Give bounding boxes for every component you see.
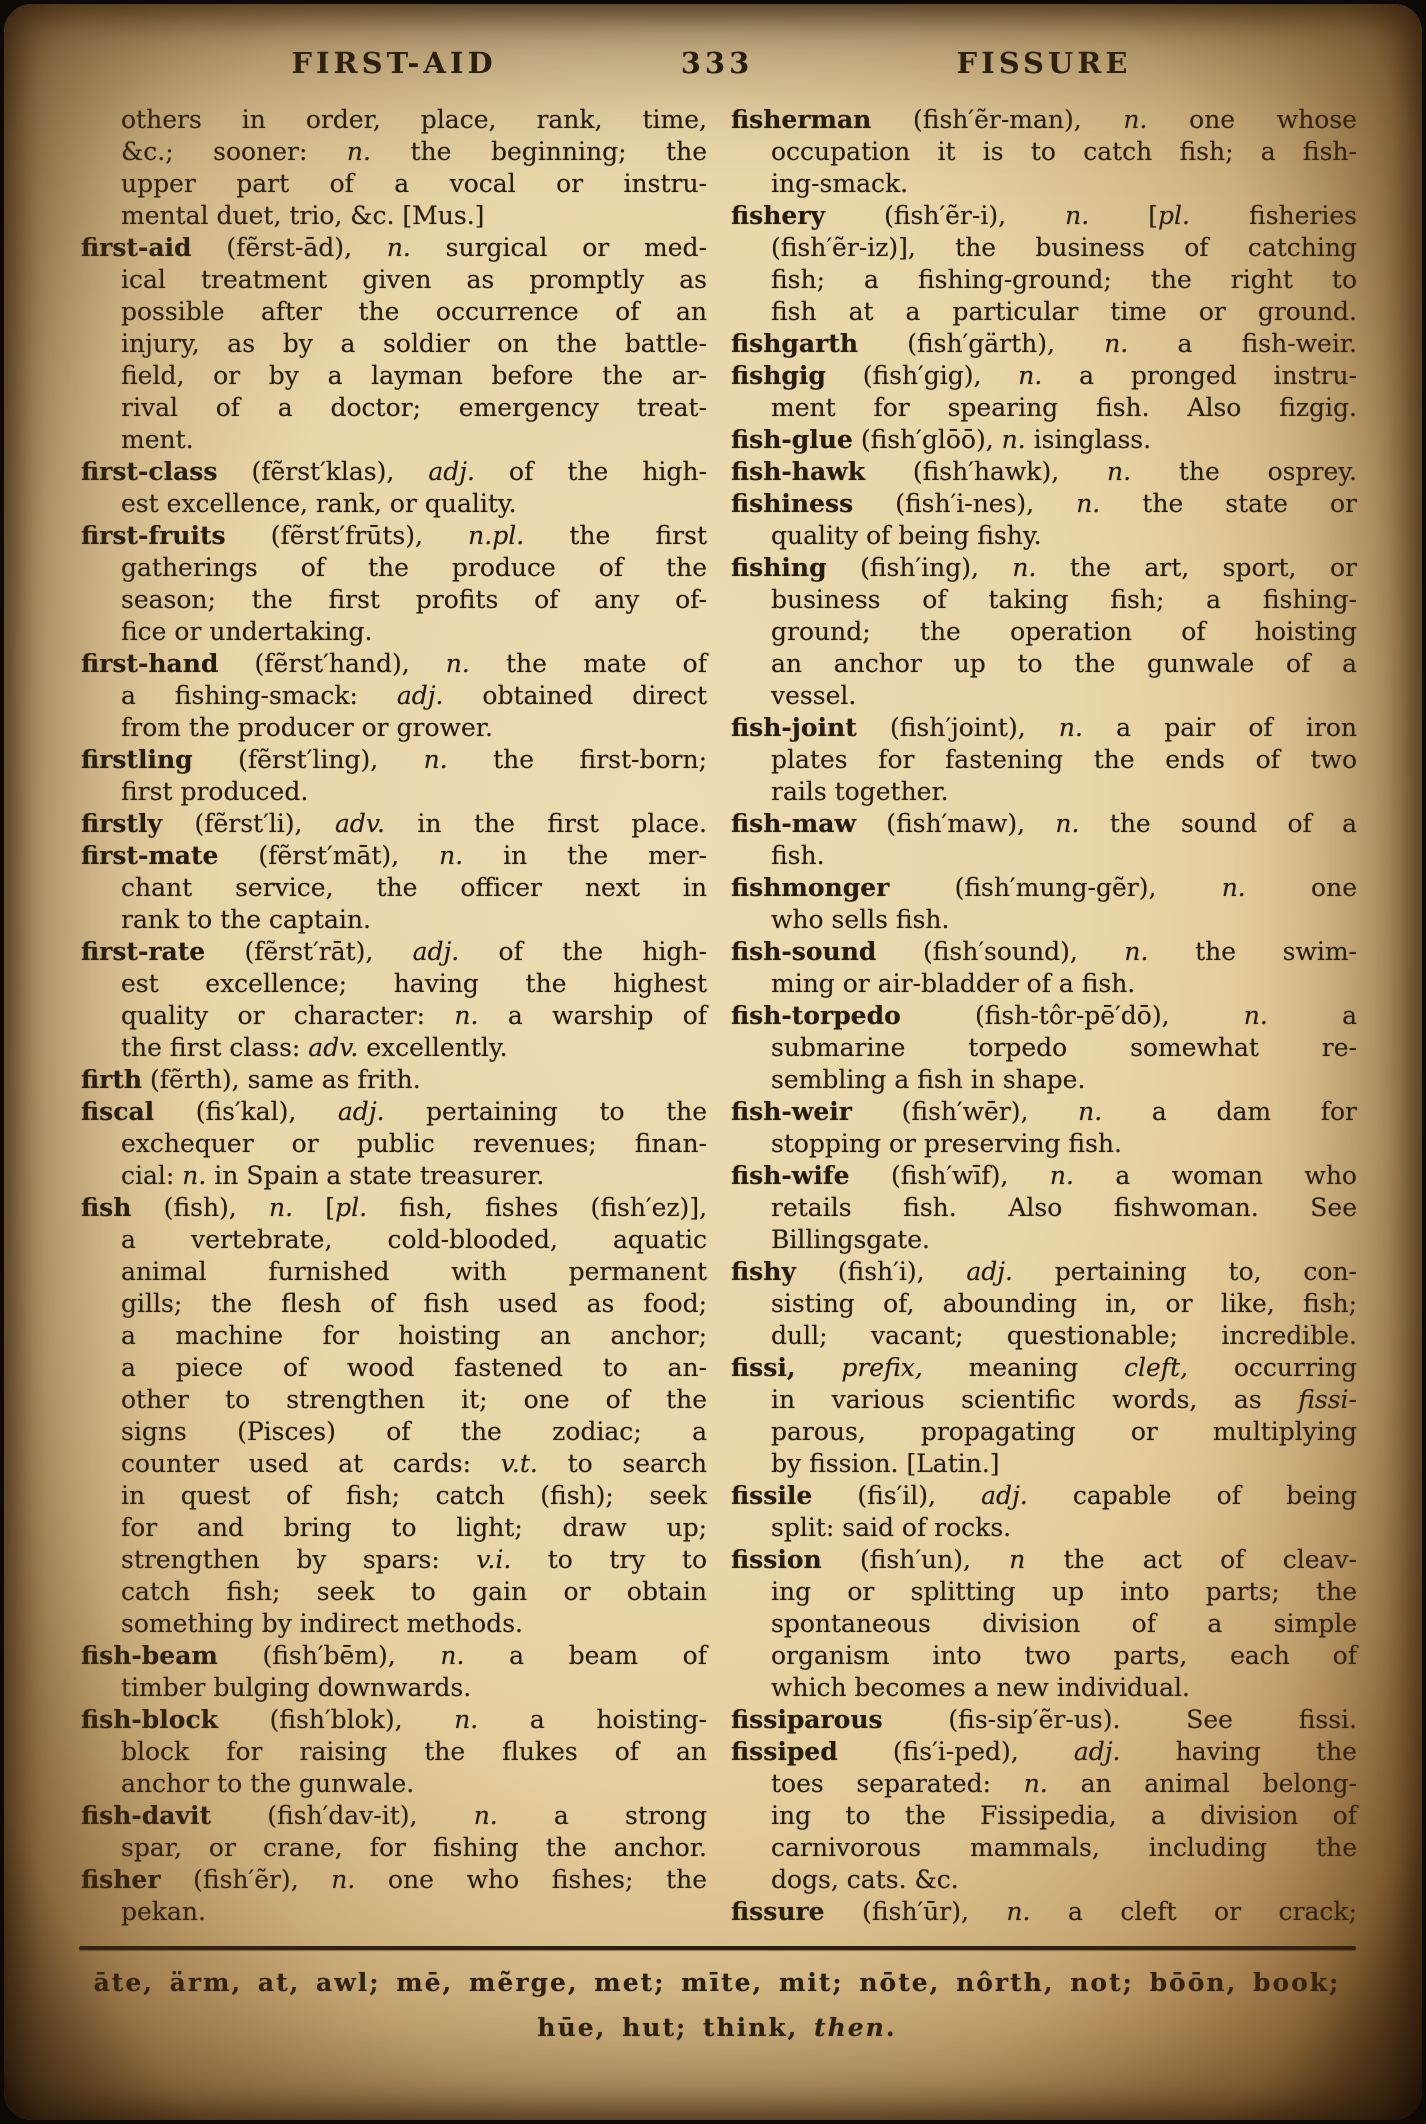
- headword: fishy: [731, 1257, 796, 1286]
- entry-line: quality or character: n. a warship of: [81, 1000, 707, 1032]
- running-head-right-guide-word: FISSURE: [731, 46, 1357, 80]
- text-run: fish; a fishing-ground; the right to: [771, 265, 1357, 294]
- entry-line: fish.: [731, 840, 1357, 872]
- dictionary-entry: firth (fẽrth), same as frith.: [81, 1064, 707, 1096]
- headword: first-class: [81, 457, 217, 486]
- headword: first-fruits: [81, 521, 226, 550]
- text-run: excellently.: [358, 1033, 507, 1062]
- text-run: n.: [1222, 873, 1246, 902]
- dictionary-entry: fishy (fish′i), adj. pertaining to, con-…: [731, 1256, 1357, 1352]
- text-run: injury, as by a soldier on the battle-: [121, 329, 707, 358]
- entry-line: split: said of rocks.: [731, 1512, 1357, 1544]
- text-run: signs (Pisces) of the zodiac; a: [121, 1417, 707, 1446]
- text-run: the sound of a: [1079, 809, 1357, 838]
- text-run: adv.: [335, 809, 385, 838]
- entry-line: stopping or preserving fish.: [731, 1128, 1357, 1160]
- text-run: ming or air-bladder of a fish.: [771, 969, 1135, 998]
- entry-line: spar, or crane, for fishing the anchor.: [81, 1832, 707, 1864]
- text-run: toes separated:: [771, 1769, 1024, 1798]
- entry-line: firstling (fẽrst′ling), n. the first-bor…: [81, 744, 707, 776]
- entry-line: first-class (fẽrst′klas), adj. of the hi…: [81, 456, 707, 488]
- text-run: (fẽrst′klas),: [217, 457, 428, 486]
- text-run: vessel.: [771, 681, 856, 710]
- entry-line: fishery (fish′ẽr-i), n. [pl. fisheries: [731, 200, 1357, 232]
- headword: fish-block: [81, 1705, 218, 1734]
- entry-line: possible after the occurrence of an: [81, 296, 707, 328]
- dictionary-entry: fissi, prefix, meaning cleft, occurringi…: [731, 1352, 1357, 1480]
- text-run: (fish′ūr),: [825, 1897, 1007, 1926]
- text-run: anchor to the gunwale.: [121, 1769, 414, 1798]
- text-run: (fish′hawk),: [865, 457, 1107, 486]
- entry-line: rails together.: [731, 776, 1357, 808]
- text-run: then: [814, 2013, 886, 2042]
- headword: fishgig: [731, 361, 826, 390]
- text-run: a fish-weir.: [1128, 329, 1357, 358]
- entry-line: first-hand (fẽrst′hand), n. the mate of: [81, 648, 707, 680]
- entry-line: fishmonger (fish′mung-gẽr), n. one: [731, 872, 1357, 904]
- entry-line: business of taking fish; a fishing-: [731, 584, 1357, 616]
- entry-line: fish-beam (fish′bēm), n. a beam of: [81, 1640, 707, 1672]
- entry-line: ground; the operation of hoisting: [731, 616, 1357, 648]
- headword: fish-sound: [731, 937, 876, 966]
- entry-line: &c.; sooner: n. the beginning; the: [81, 136, 707, 168]
- text-run: n.pl.: [468, 521, 524, 550]
- entry-line: sembling a fish in shape.: [731, 1064, 1357, 1096]
- headword: fishery: [731, 201, 825, 230]
- entry-line: ing to the Fissipedia, a division of: [731, 1800, 1357, 1832]
- entry-line: firstly (fẽrst′li), adv. in the first pl…: [81, 808, 707, 840]
- text-run: dogs, cats. &c.: [771, 1865, 959, 1894]
- text-run: rival of a doctor; emergency treat-: [121, 393, 707, 422]
- headword: fishmonger: [731, 873, 889, 902]
- entry-line: other to strengthen it; one of the: [81, 1384, 707, 1416]
- entry-line: Billingsgate.: [731, 1224, 1357, 1256]
- entry-line: first-rate (fẽrst′rāt), adj. of the high…: [81, 936, 707, 968]
- dictionary-page: FIRST-AID 333 FISSURE others in order, p…: [4, 4, 1422, 2120]
- text-run: surgical or med-: [411, 233, 707, 262]
- dictionary-entry: fish-maw (fish′maw), n. the sound of afi…: [731, 808, 1357, 872]
- entry-line: fish; a fishing-ground; the right to: [731, 264, 1357, 296]
- entry-line: fishgarth (fish′gärth), n. a fish-weir.: [731, 328, 1357, 360]
- text-run: occupation it is to catch fish; a fish-: [771, 137, 1357, 166]
- entry-line: season; the first profits of any of-: [81, 584, 707, 616]
- text-run: (fẽrst′hand),: [218, 649, 445, 678]
- headword: fish-maw: [731, 809, 856, 838]
- text-run: ground; the operation of hoisting: [771, 617, 1357, 646]
- entry-line: fissile (fis′il), adj. capable of being: [731, 1480, 1357, 1512]
- entry-line: fissiped (fis′i-ped), adj. having the: [731, 1736, 1357, 1768]
- entry-line: a vertebrate, cold-blooded, aquatic: [81, 1224, 707, 1256]
- entry-line: which becomes a new individual.: [731, 1672, 1357, 1704]
- text-run: (fish′ẽr),: [161, 1865, 332, 1894]
- dictionary-entry: fish-block (fish′blok), n. a hoisting-bl…: [81, 1704, 707, 1800]
- entry-line: first produced.: [81, 776, 707, 808]
- text-run: adj.: [981, 1481, 1028, 1510]
- dictionary-entry: first-aid (fẽrst-ād), n. surgical or med…: [81, 232, 707, 456]
- dictionary-entry: fissile (fis′il), adj. capable of beings…: [731, 1480, 1357, 1544]
- text-run: business of taking fish; a fishing-: [771, 585, 1357, 614]
- text-run: (fish-tôr-pē′dō),: [901, 1001, 1244, 1030]
- text-run: season; the first profits of any of-: [121, 585, 707, 614]
- entry-line: spontaneous division of a simple: [731, 1608, 1357, 1640]
- headword: first-mate: [81, 841, 218, 870]
- entry-line: submarine torpedo somewhat re-: [731, 1032, 1357, 1064]
- entry-line: in various scientific words, as fissi-: [731, 1384, 1357, 1416]
- text-run: occurring: [1188, 1353, 1357, 1382]
- text-run: cleft,: [1124, 1353, 1188, 1382]
- text-run: &c.; sooner:: [121, 137, 347, 166]
- headword: firth: [81, 1065, 142, 1094]
- headword: fish-davit: [81, 1801, 211, 1830]
- text-run: (fish′wēr),: [852, 1097, 1078, 1126]
- text-run: a pronged instru-: [1042, 361, 1357, 390]
- headword: fissi,: [731, 1353, 796, 1382]
- text-run: n.: [269, 1193, 293, 1222]
- text-run: chant service, the officer next in: [121, 873, 707, 902]
- dictionary-entry: others in order, place, rank, time,&c.; …: [81, 104, 707, 232]
- entry-line: others in order, place, rank, time,: [81, 104, 707, 136]
- entry-line: upper part of a vocal or instru-: [81, 168, 707, 200]
- text-run: the beginning; the: [371, 137, 707, 166]
- text-run: (fish′bēm),: [218, 1641, 441, 1670]
- text-run: (fis′i-ped),: [838, 1737, 1074, 1766]
- entry-line: fiscal (fis′kal), adj. pertaining to the: [81, 1096, 707, 1128]
- dictionary-entry: fission (fish′un), n the act of cleav-in…: [731, 1544, 1357, 1704]
- text-run: the osprey.: [1131, 457, 1357, 486]
- entry-line: ment for spearing fish. Also fizgig.: [731, 392, 1357, 424]
- headword: firstling: [81, 745, 193, 774]
- text-run: (fis′kal),: [154, 1097, 338, 1126]
- text-run: the first-born;: [448, 745, 707, 774]
- text-run: (fẽrst′li),: [162, 809, 335, 838]
- text-run: capable of being: [1028, 1481, 1357, 1510]
- text-run: a strong: [498, 1801, 707, 1830]
- entry-line: a piece of wood fastened to an-: [81, 1352, 707, 1384]
- entry-line: fish-hawk (fish′hawk), n. the osprey.: [731, 456, 1357, 488]
- entry-line: firth (fẽrth), same as frith.: [81, 1064, 707, 1096]
- text-run: ing-smack.: [771, 169, 908, 198]
- headword: fish: [81, 1193, 131, 1222]
- text-run: of the high-: [475, 457, 707, 486]
- text-run: fice or undertaking.: [121, 617, 372, 646]
- text-run: obtained direct: [444, 681, 708, 710]
- entry-line: first-mate (fẽrst′māt), n. in the mer-: [81, 840, 707, 872]
- text-run: n.: [439, 841, 463, 870]
- text-run: of the high-: [459, 937, 707, 966]
- text-run: in various scientific words, as: [771, 1385, 1298, 1414]
- entry-line: injury, as by a soldier on the battle-: [81, 328, 707, 360]
- entry-line: something by indirect methods.: [81, 1608, 707, 1640]
- text-run: to search: [538, 1449, 707, 1478]
- entry-line: chant service, the officer next in: [81, 872, 707, 904]
- dictionary-entry: fish-sound (fish′sound), n. the swim-min…: [731, 936, 1357, 1000]
- text-run: plates for fastening the ends of two: [771, 745, 1357, 774]
- text-run: pl.: [1158, 201, 1190, 230]
- entry-line: timber bulging downwards.: [81, 1672, 707, 1704]
- dictionary-entry: fisher (fish′ẽr), n. one who fishes; the…: [81, 1864, 707, 1928]
- entry-line: fish-block (fish′blok), n. a hoisting-: [81, 1704, 707, 1736]
- headword: fissiparous: [731, 1705, 883, 1734]
- text-run: (fẽrst-ād),: [192, 233, 387, 262]
- headword: fish-weir: [731, 1097, 852, 1126]
- headword: fishing: [731, 553, 827, 582]
- pronunciation-key-line-2: hūe, hut; think, then.: [4, 2005, 1422, 2050]
- text-run: n: [1009, 1545, 1025, 1574]
- text-run: (fish′gig),: [826, 361, 1018, 390]
- text-run: catch fish; seek to gain or obtain: [121, 1577, 707, 1606]
- entry-line: the first class: adv. excellently.: [81, 1032, 707, 1064]
- text-run: ing or splitting up into parts; the: [771, 1577, 1357, 1606]
- text-run: a beam of: [464, 1641, 707, 1670]
- entry-line: catch fish; seek to gain or obtain: [81, 1576, 707, 1608]
- text-run: n.: [331, 1865, 355, 1894]
- entry-line: fishgig (fish′gig), n. a pronged instru-: [731, 360, 1357, 392]
- dictionary-entry: first-mate (fẽrst′māt), n. in the mer-ch…: [81, 840, 707, 936]
- entry-line: fisherman (fish′ẽr-man), n. one whose: [731, 104, 1357, 136]
- text-run: a vertebrate, cold-blooded, aquatic: [121, 1225, 707, 1254]
- text-run: fish, fishes (fish′ez)],: [367, 1193, 707, 1222]
- text-run: (fish′i-nes),: [853, 489, 1076, 518]
- text-run: (fẽrst′frūts),: [226, 521, 469, 550]
- text-run: the act of cleav-: [1025, 1545, 1357, 1574]
- entry-line: fission (fish′un), n the act of cleav-: [731, 1544, 1357, 1576]
- entry-line: quality of being fishy.: [731, 520, 1357, 552]
- text-run: quality or character:: [121, 1001, 454, 1030]
- entry-line: rival of a doctor; emergency treat-: [81, 392, 707, 424]
- headword: fish-glue: [731, 425, 853, 454]
- text-run: n.: [1078, 1097, 1102, 1126]
- text-run: who sells fish.: [771, 905, 949, 934]
- dictionary-entry: fishery (fish′ẽr-i), n. [pl. fisheries(f…: [731, 200, 1357, 328]
- text-run: fish at a particular time or ground.: [771, 297, 1357, 326]
- dictionary-entry: first-class (fẽrst′klas), adj. of the hi…: [81, 456, 707, 520]
- text-run: spontaneous division of a simple: [771, 1609, 1357, 1638]
- text-run: spar, or crane, for fishing the anchor.: [121, 1833, 707, 1862]
- dictionary-entry: fishgarth (fish′gärth), n. a fish-weir.: [731, 328, 1357, 360]
- text-run: in Spain a state treasurer.: [206, 1161, 544, 1190]
- text-run: (fish′gärth),: [858, 329, 1104, 358]
- text-run: quality of being fishy.: [771, 521, 1042, 550]
- text-run: isinglass.: [1026, 425, 1151, 454]
- headword: fishgarth: [731, 329, 858, 358]
- entry-line: who sells fish.: [731, 904, 1357, 936]
- text-run: adj.: [413, 937, 460, 966]
- text-run: to try to: [511, 1545, 707, 1574]
- text-run: .: [886, 2013, 897, 2042]
- text-run: pertaining to the: [385, 1097, 708, 1126]
- text-run: a dam for: [1102, 1097, 1357, 1126]
- text-run: a fishing-smack:: [121, 681, 397, 710]
- text-run: (fish′i),: [796, 1257, 966, 1286]
- entry-line: est excellence; having the highest: [81, 968, 707, 1000]
- text-run: (fish′un),: [822, 1545, 1010, 1574]
- entry-line: gills; the flesh of fish used as food;: [81, 1288, 707, 1320]
- text-run: est excellence; having the highest: [121, 969, 707, 998]
- headword: fish-beam: [81, 1641, 218, 1670]
- entry-line: sisting of, abounding in, or like, fish;: [731, 1288, 1357, 1320]
- text-run: adv.: [308, 1033, 358, 1062]
- entry-line: occupation it is to catch fish; a fish-: [731, 136, 1357, 168]
- text-run: n.: [1055, 809, 1079, 838]
- text-run: ical treatment given as promptly as: [121, 265, 707, 294]
- text-run: one whose: [1147, 105, 1357, 134]
- headword: fission: [731, 1545, 822, 1574]
- dictionary-entry: fish-weir (fish′wēr), n. a dam forstoppi…: [731, 1096, 1357, 1160]
- text-run: a cleft or crack;: [1030, 1897, 1357, 1926]
- entry-line: fish-glue (fish′glōō), n. isinglass.: [731, 424, 1357, 456]
- text-run: pekan.: [121, 1897, 206, 1926]
- text-run: the first class:: [121, 1033, 308, 1062]
- entry-line: a fishing-smack: adj. obtained direct: [81, 680, 707, 712]
- text-run: submarine torpedo somewhat re-: [771, 1033, 1357, 1062]
- text-run: (fish′dav-it),: [211, 1801, 474, 1830]
- text-run: cial:: [121, 1161, 182, 1190]
- text-run: the mate of: [470, 649, 707, 678]
- text-run: n.: [182, 1161, 206, 1190]
- entry-line: est excellence, rank, or quality.: [81, 488, 707, 520]
- dictionary-entry: fish-glue (fish′glōō), n. isinglass.: [731, 424, 1357, 456]
- divider-rule: [79, 1946, 1356, 1950]
- dictionary-entry: first-hand (fẽrst′hand), n. the mate ofa…: [81, 648, 707, 744]
- entry-line: fish-joint (fish′joint), n. a pair of ir…: [731, 712, 1357, 744]
- text-run: animal furnished with permanent: [121, 1257, 707, 1286]
- text-run: (fẽrst′rāt),: [205, 937, 412, 966]
- entry-line: ment.: [81, 424, 707, 456]
- entry-line: from the producer or grower.: [81, 712, 707, 744]
- text-run: n.: [446, 649, 470, 678]
- text-run: exchequer or public revenues; finan-: [121, 1129, 707, 1158]
- text-run: v.t.: [501, 1449, 538, 1478]
- headword: fiscal: [81, 1097, 154, 1126]
- text-run: carnivorous mammals, including the: [771, 1833, 1357, 1862]
- text-run: in the mer-: [463, 841, 707, 870]
- headword: fisher: [81, 1865, 161, 1894]
- text-run: adj.: [338, 1097, 385, 1126]
- text-run: others in order, place, rank, time,: [121, 105, 707, 134]
- text-run: [: [1089, 201, 1158, 230]
- entry-line: plates for fastening the ends of two: [731, 744, 1357, 776]
- text-run: the art, sport, or: [1036, 553, 1357, 582]
- text-run: (fish′blok),: [218, 1705, 454, 1734]
- entry-line: cial: n. in Spain a state treasurer.: [81, 1160, 707, 1192]
- text-run: n.: [1002, 425, 1026, 454]
- headword: fissure: [731, 1897, 825, 1926]
- text-run: (fish′sound),: [876, 937, 1124, 966]
- entry-line: field, or by a layman before the ar-: [81, 360, 707, 392]
- text-run: a piece of wood fastened to an-: [121, 1353, 707, 1382]
- entry-line: strengthen by spars: v.i. to try to: [81, 1544, 707, 1576]
- text-run: n.: [440, 1641, 464, 1670]
- text-run: n.: [1024, 1769, 1048, 1798]
- entry-line: fissure (fish′ūr), n. a cleft or crack;: [731, 1896, 1357, 1928]
- dictionary-entry: fish-beam (fish′bēm), n. a beam oftimber…: [81, 1640, 707, 1704]
- entry-line: dull; vacant; questionable; incredible.: [731, 1320, 1357, 1352]
- text-run: prefix,: [841, 1353, 922, 1382]
- entry-line: for and bring to light; draw up;: [81, 1512, 707, 1544]
- text-run: est excellence, rank, or quality.: [121, 489, 517, 518]
- text-run: pertaining to, con-: [1013, 1257, 1357, 1286]
- entry-line: animal furnished with permanent: [81, 1256, 707, 1288]
- pronunciation-key-line-1: āte, ärm, at, awl; mē, mẽrge, met; mīte,…: [4, 1960, 1422, 2005]
- text-run: (fẽrst′māt),: [218, 841, 439, 870]
- text-run: fish.: [771, 841, 825, 870]
- text-run: n.: [454, 1001, 478, 1030]
- headword: fishiness: [731, 489, 853, 518]
- dictionary-entry: fisherman (fish′ẽr-man), n. one whoseocc…: [731, 104, 1357, 200]
- text-run: ing to the Fissipedia, a division of: [771, 1801, 1357, 1830]
- text-run: meaning: [923, 1353, 1124, 1382]
- entry-line: first-aid (fẽrst-ād), n. surgical or med…: [81, 232, 707, 264]
- text-run: v.i.: [476, 1545, 511, 1574]
- entry-line: ing or splitting up into parts; the: [731, 1576, 1357, 1608]
- headword: fissile: [731, 1481, 812, 1510]
- headword: fissiped: [731, 1737, 838, 1766]
- text-run: n.: [387, 233, 411, 262]
- text-run: n.: [1006, 1897, 1030, 1926]
- text-run: (fis-sip′ẽr-us). See fissi.: [883, 1705, 1357, 1734]
- text-run: possible after the occurrence of an: [121, 297, 707, 326]
- text-run: by fission. [Latin.]: [771, 1449, 1000, 1478]
- text-run: a hoisting-: [478, 1705, 707, 1734]
- dictionary-entry: fish-torpedo (fish-tôr-pē′dō), n. asubma…: [731, 1000, 1357, 1096]
- entry-line: block for raising the flukes of an: [81, 1736, 707, 1768]
- entry-line: signs (Pisces) of the zodiac; a: [81, 1416, 707, 1448]
- text-run: n.: [424, 745, 448, 774]
- text-run: adj.: [1074, 1737, 1121, 1766]
- text-run: mental duet, trio, &c. [Mus.]: [121, 201, 484, 230]
- text-run: adj.: [966, 1257, 1013, 1286]
- text-run: field, or by a layman before the ar-: [121, 361, 707, 390]
- dictionary-entry: fishing (fish′ing), n. the art, sport, o…: [731, 552, 1357, 712]
- dictionary-entry: firstly (fẽrst′li), adv. in the first pl…: [81, 808, 707, 840]
- entry-line: fishiness (fish′i-nes), n. the state or: [731, 488, 1357, 520]
- text-run: n.: [1076, 489, 1100, 518]
- text-run: n.: [347, 137, 371, 166]
- dictionary-entry: fish-davit (fish′dav-it), n. a strongspa…: [81, 1800, 707, 1864]
- text-run: a woman who: [1074, 1161, 1357, 1190]
- text-run: hūe, hut; think,: [537, 2013, 814, 2042]
- text-run: dull; vacant; questionable; incredible.: [771, 1321, 1357, 1350]
- entry-line: first-fruits (fẽrst′frūts), n.pl. the fi…: [81, 520, 707, 552]
- text-run: which becomes a new individual.: [771, 1673, 1190, 1702]
- entry-line: fishing (fish′ing), n. the art, sport, o…: [731, 552, 1357, 584]
- entry-line: fice or undertaking.: [81, 616, 707, 648]
- text-run: the swim-: [1148, 937, 1357, 966]
- text-run: n.: [1124, 937, 1148, 966]
- text-run: adj.: [428, 457, 475, 486]
- entry-line: toes separated: n. an animal belong-: [731, 1768, 1357, 1800]
- text-run: (fis′il),: [812, 1481, 981, 1510]
- entry-line: parous, propagating or multiplying: [731, 1416, 1357, 1448]
- text-run: n.: [1104, 329, 1128, 358]
- text-run: n.: [1012, 553, 1036, 582]
- text-run: in the first place.: [385, 809, 707, 838]
- entry-line: fish-weir (fish′wēr), n. a dam for: [731, 1096, 1357, 1128]
- text-run: retails fish. Also fishwoman. See: [771, 1193, 1357, 1222]
- text-run: one: [1246, 873, 1357, 902]
- entry-line: fissiparous (fis-sip′ẽr-us). See fissi.: [731, 1704, 1357, 1736]
- text-run: n.: [1123, 105, 1147, 134]
- text-run: having the: [1121, 1737, 1357, 1766]
- text-run: an anchor up to the gunwale of a: [771, 649, 1357, 678]
- text-run: n.: [1018, 361, 1042, 390]
- headword: fish-joint: [731, 713, 857, 742]
- entry-line: ing-smack.: [731, 168, 1357, 200]
- dictionary-entry: fish-joint (fish′joint), n. a pair of ir…: [731, 712, 1357, 808]
- entry-line: vessel.: [731, 680, 1357, 712]
- entry-line: fishy (fish′i), adj. pertaining to, con-: [731, 1256, 1357, 1288]
- text-run: for and bring to light; draw up;: [121, 1513, 707, 1542]
